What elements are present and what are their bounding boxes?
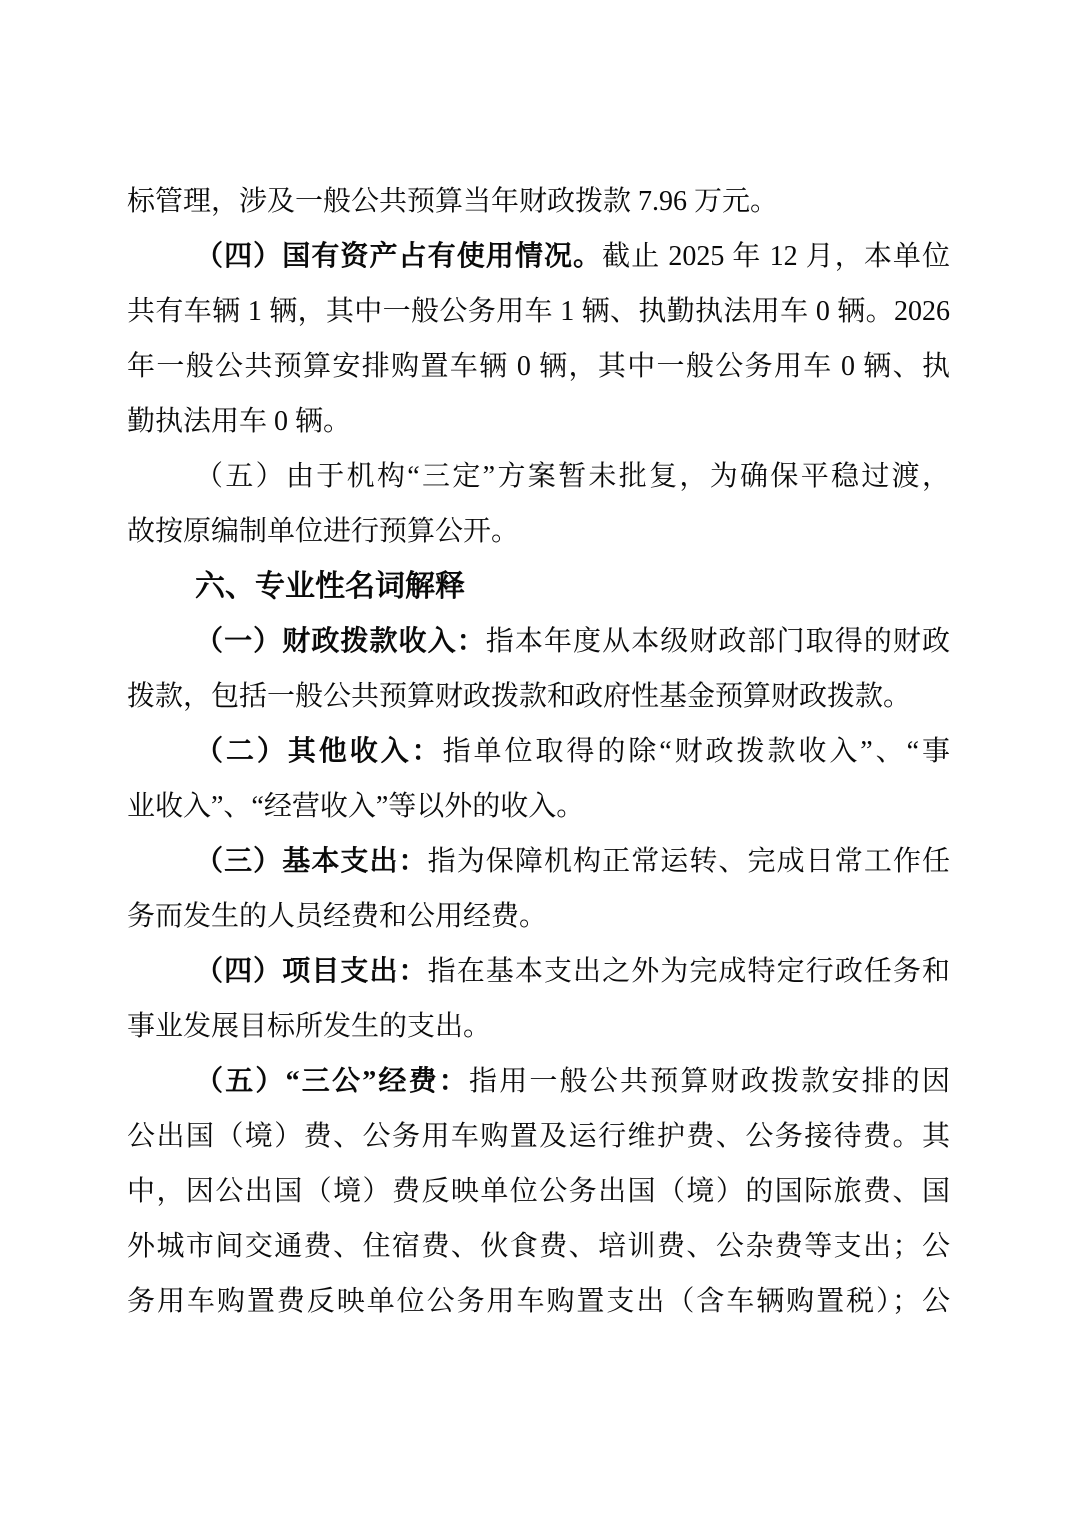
text-line: 拨款，包括一般公共预算财政拨款和政府性基金预算财政拨款。 (127, 669, 950, 724)
text-line: 公出国（境）费、公务用车购置及运行维护费、公务接待费。其 (127, 1109, 950, 1164)
bold-term: （四）国有资产占有使用情况。 (195, 241, 602, 272)
text-line: 务而发生的人员经费和公用经费。 (127, 889, 950, 944)
text-line: 故按原编制单位进行预算公开。 (127, 504, 950, 559)
text-line: （一）财政拨款收入：指本年度从本级财政部门取得的财政 (127, 614, 950, 669)
section-heading: 六、专业性名词解释 (127, 559, 950, 614)
text-run: 事业发展目标所发生的支出。 (127, 1011, 491, 1042)
text-line: （四）国有资产占有使用情况。截止 2025 年 12 月，本单位 (127, 229, 950, 284)
heading-text: 六、专业性名词解释 (195, 570, 465, 603)
text-run: 指在基本支出之外为完成特定行政任务和 (428, 956, 950, 987)
text-run: 截止 2025 年 12 月，本单位 (602, 241, 950, 272)
text-run: 外城市间交通费、住宿费、伙食费、培训费、公杂费等支出；公 (127, 1231, 950, 1262)
document-page: 标管理，涉及一般公共预算当年财政拨款 7.96 万元。（四）国有资产占有使用情况… (0, 0, 1074, 1520)
text-line: 勤执法用车 0 辆。 (127, 394, 950, 449)
text-run: 公出国（境）费、公务用车购置及运行维护费、公务接待费。其 (127, 1121, 950, 1152)
text-line: （五）由于机构“三定”方案暂未批复，为确保平稳过渡， (127, 449, 950, 504)
text-run: 拨款，包括一般公共预算财政拨款和政府性基金预算财政拨款。 (127, 681, 911, 712)
text-run: 共有车辆 1 辆，其中一般公务用车 1 辆、执勤执法用车 0 辆。2026 (127, 296, 950, 327)
bold-term: （四）项目支出： (195, 956, 428, 987)
text-line: 业收入”、“经营收入”等以外的收入。 (127, 779, 950, 834)
text-line: 共有车辆 1 辆，其中一般公务用车 1 辆、执勤执法用车 0 辆。2026 (127, 284, 950, 339)
bold-term: （一）财政拨款收入： (195, 626, 486, 657)
text-run: 务用车购置费反映单位公务用车购置支出（含车辆购置税）；公 (127, 1286, 950, 1317)
text-run: 业收入”、“经营收入”等以外的收入。 (127, 791, 584, 822)
text-line: （四）项目支出：指在基本支出之外为完成特定行政任务和 (127, 944, 950, 999)
text-run: 指为保障机构正常运转、完成日常工作任 (428, 846, 950, 877)
text-run: 务而发生的人员经费和公用经费。 (127, 901, 547, 932)
text-run: 标管理，涉及一般公共预算当年财政拨款 7.96 万元。 (127, 186, 778, 217)
text-run: 指本年度从本级财政部门取得的财政 (486, 626, 950, 657)
text-run: 指单位取得的除“财政拨款收入”、“事 (443, 736, 950, 767)
text-line: （三）基本支出：指为保障机构正常运转、完成日常工作任 (127, 834, 950, 889)
text-line: （二）其他收入：指单位取得的除“财政拨款收入”、“事 (127, 724, 950, 779)
text-run: 中，因公出国（境）费反映单位公务出国（境）的国际旅费、国 (127, 1176, 950, 1207)
text-run: 勤执法用车 0 辆。 (127, 406, 351, 437)
bold-term: （二）其他收入： (195, 736, 443, 767)
text-line: 标管理，涉及一般公共预算当年财政拨款 7.96 万元。 (127, 174, 950, 229)
text-run: （五）由于机构“三定”方案暂未批复，为确保平稳过渡， (195, 461, 950, 492)
bold-term: （三）基本支出： (195, 846, 428, 877)
text-run: 指用一般公共预算财政拨款安排的因 (469, 1066, 950, 1097)
text-line: 事业发展目标所发生的支出。 (127, 999, 950, 1054)
text-line: 务用车购置费反映单位公务用车购置支出（含车辆购置税）；公 (127, 1274, 950, 1329)
bold-term: （五）“三公”经费： (195, 1066, 469, 1097)
text-line: 年一般公共预算安排购置车辆 0 辆，其中一般公务用车 0 辆、执 (127, 339, 950, 394)
text-line: 外城市间交通费、住宿费、伙食费、培训费、公杂费等支出；公 (127, 1219, 950, 1274)
text-run: 年一般公共预算安排购置车辆 0 辆，其中一般公务用车 0 辆、执 (127, 351, 950, 382)
document-body: 标管理，涉及一般公共预算当年财政拨款 7.96 万元。（四）国有资产占有使用情况… (127, 174, 950, 1329)
text-line: 中，因公出国（境）费反映单位公务出国（境）的国际旅费、国 (127, 1164, 950, 1219)
text-line: （五）“三公”经费：指用一般公共预算财政拨款安排的因 (127, 1054, 950, 1109)
text-run: 故按原编制单位进行预算公开。 (127, 516, 519, 547)
